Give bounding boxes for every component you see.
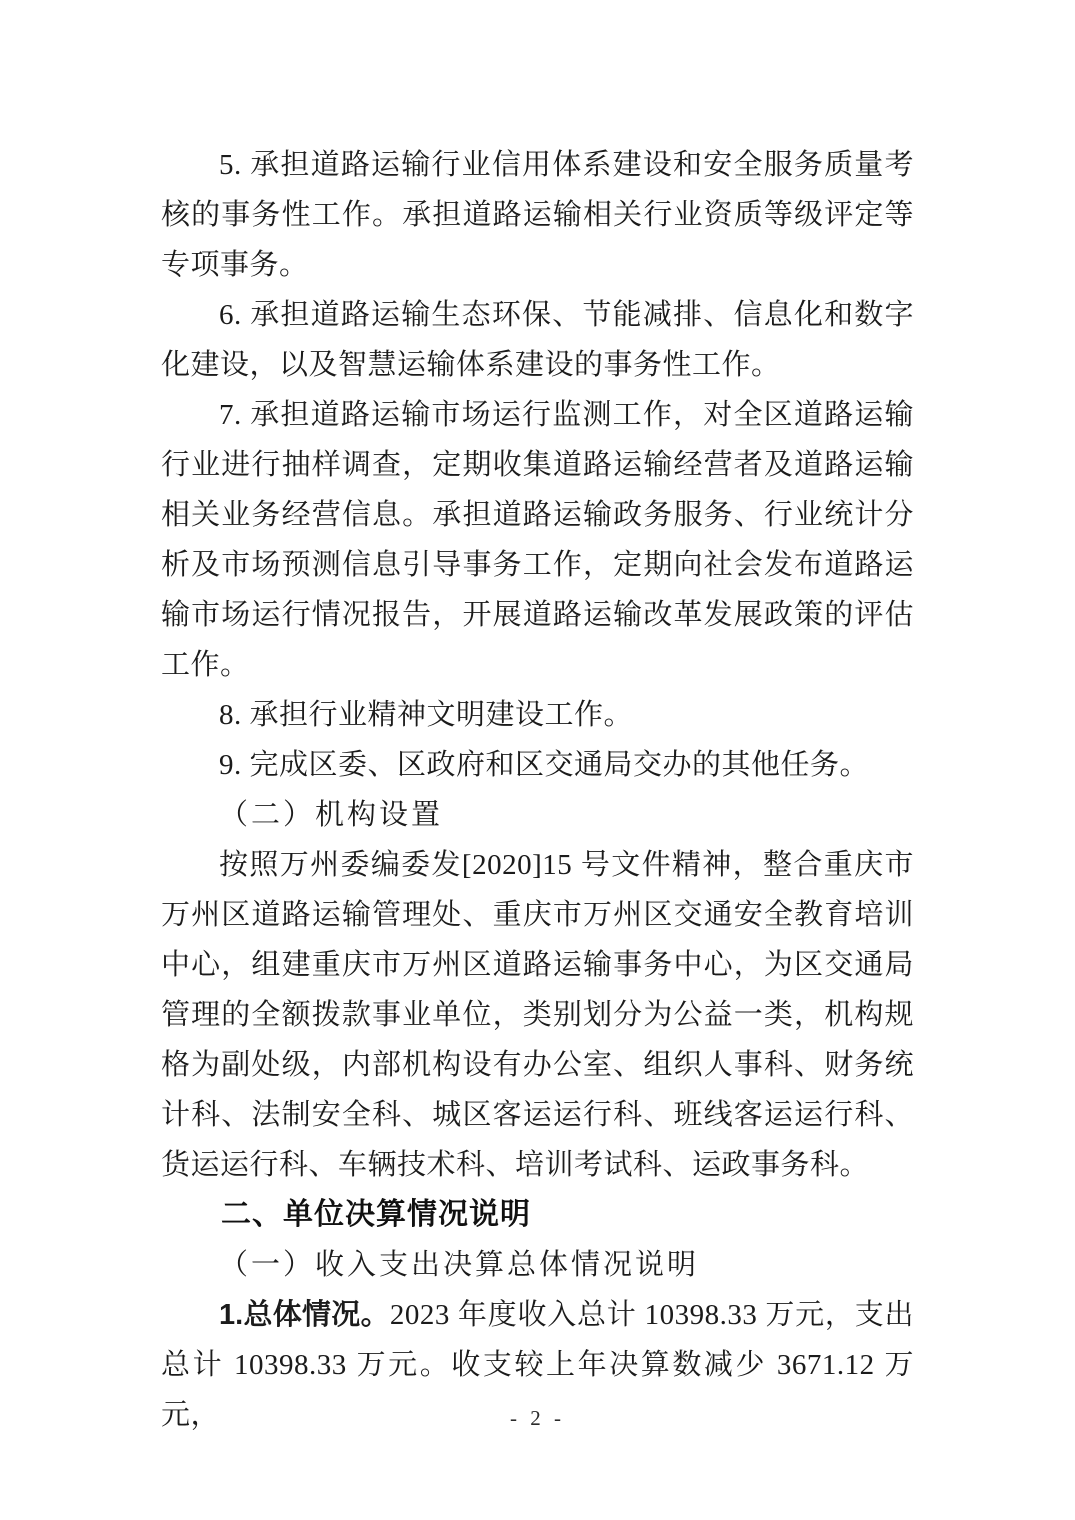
section-heading-income-expense-overview: （一）收入支出决算总体情况说明 <box>161 1240 914 1290</box>
paragraph-duty-8: 8. 承担行业精神文明建设工作。 <box>161 690 914 740</box>
paragraph-org-setup-detail: 按照万州委编委发[2020]15 号文件精神，整合重庆市万州区道路运输管理处、重… <box>161 840 914 1190</box>
paragraph-duty-7: 7. 承担道路运输市场运行监测工作，对全区道路运输行业进行抽样调查，定期收集道路… <box>161 390 914 690</box>
paragraph-duty-9: 9. 完成区委、区政府和区交通局交办的其他任务。 <box>161 740 914 790</box>
document-page: 5. 承担道路运输行业信用体系建设和安全服务质量考核的事务性工作。承担道路运输相… <box>0 0 1075 1520</box>
page-number: - 2 - <box>0 1402 1075 1434</box>
section-heading-org-setup: （二）机构设置 <box>161 790 914 840</box>
document-body: 5. 承担道路运输行业信用体系建设和安全服务质量考核的事务性工作。承担道路运输相… <box>161 140 914 1440</box>
paragraph-duty-5: 5. 承担道路运输行业信用体系建设和安全服务质量考核的事务性工作。承担道路运输相… <box>161 140 914 290</box>
paragraph-overall-situation-lead: 1.总体情况。 <box>219 1299 390 1331</box>
section-heading-final-accounts: 二、单位决算情况说明 <box>161 1190 914 1240</box>
paragraph-duty-6: 6. 承担道路运输生态环保、节能减排、信息化和数字化建设，以及智慧运输体系建设的… <box>161 290 914 390</box>
